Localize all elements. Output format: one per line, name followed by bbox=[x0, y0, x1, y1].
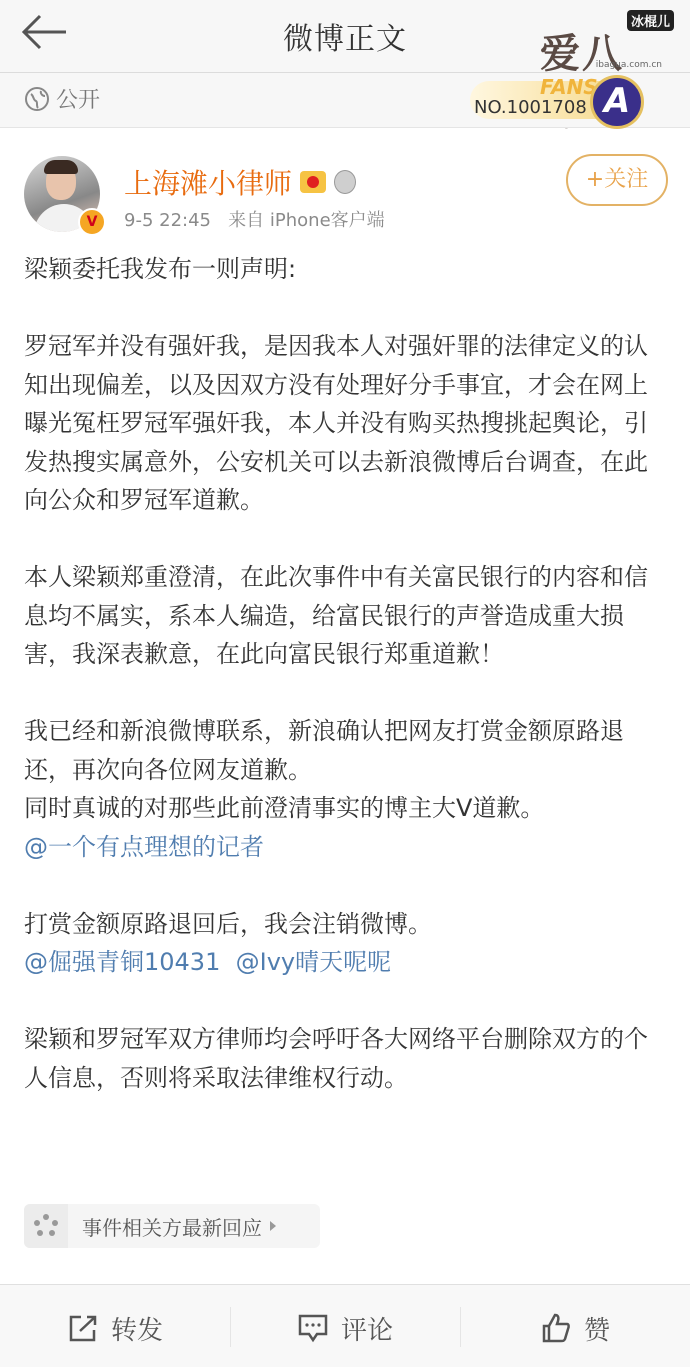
watermark-url: ibagua.com.cn bbox=[596, 60, 662, 70]
topic-dots-icon bbox=[24, 1204, 68, 1248]
post-paragraph-4: 打赏金额原路退回后，我会注销微博。 bbox=[24, 905, 666, 944]
avatar-hair bbox=[44, 160, 78, 174]
chevron-right-icon bbox=[270, 1221, 276, 1231]
post-paragraph-2: 本人梁颖郑重澄清，在此次事件中有关富民银行的内容和信息均不属实，系本人编造，给富… bbox=[24, 558, 666, 674]
post-time: 9-5 22:45 bbox=[124, 210, 211, 231]
action-toolbar: 转发 评论 赞 bbox=[0, 1284, 690, 1367]
post-paragraph-3b: 同时真诚的对那些此前澄清事实的博主大V道歉。 bbox=[24, 789, 666, 828]
post-paragraph-3a: 我已经和新浪微博联系，新浪确认把网友打赏金额原路退还，再次向各位网友道歉。 bbox=[24, 712, 666, 789]
watermark-tag: 冰棍儿 bbox=[627, 10, 674, 31]
post-body: 梁颖委托我发布一则声明: 罗冠军并没有强奸我，是因我本人对强奸罪的法律定义的认知… bbox=[24, 250, 666, 1097]
related-topic-card[interactable]: 事件相关方最新回应 bbox=[24, 1204, 320, 1248]
post-meta: 9-5 22:45 来自 iPhone客户端 bbox=[124, 206, 385, 232]
visibility-status: 公开 bbox=[24, 83, 100, 114]
thumbs-up-icon bbox=[540, 1312, 572, 1344]
repost-icon bbox=[67, 1313, 99, 1343]
username-row: 上海滩小律师 bbox=[124, 162, 356, 202]
watermark-logo: 爱八卦 冰棍儿 ibagua.com.cn bbox=[540, 6, 680, 66]
repost-button[interactable]: 转发 bbox=[0, 1285, 230, 1367]
fans-word: FANS bbox=[540, 75, 598, 99]
post-intro: 梁颖委托我发布一则声明: bbox=[24, 250, 666, 289]
comment-icon bbox=[297, 1312, 329, 1344]
verified-badge-icon: V bbox=[78, 208, 106, 236]
visibility-bar: 公开 FANS NO.1001708 A bbox=[0, 73, 690, 128]
medal-icon bbox=[334, 170, 356, 194]
follow-button[interactable]: +关注 bbox=[566, 154, 668, 206]
avengers-emblem-icon: A bbox=[590, 75, 644, 129]
fans-badge[interactable]: FANS NO.1001708 A bbox=[470, 73, 645, 125]
navbar: 微博正文 爱八卦 冰棍儿 ibagua.com.cn bbox=[0, 0, 690, 73]
mention-link[interactable]: @Ivy晴天呢呢 bbox=[236, 948, 391, 976]
mention-line-2: @倔强青铜10431 @Ivy晴天呢呢 bbox=[24, 943, 666, 982]
repost-label: 转发 bbox=[111, 1310, 163, 1347]
globe-icon bbox=[24, 86, 50, 112]
comment-label: 评论 bbox=[341, 1310, 393, 1347]
mention-link[interactable]: @一个有点理想的记者 bbox=[24, 833, 264, 861]
comment-button[interactable]: 评论 bbox=[230, 1285, 460, 1367]
post-source: 来自 iPhone客户端 bbox=[228, 210, 384, 231]
username[interactable]: 上海滩小律师 bbox=[124, 162, 292, 202]
mention-link[interactable]: @倔强青铜10431 bbox=[24, 948, 220, 976]
visibility-label: 公开 bbox=[56, 83, 100, 114]
post-paragraph-1: 罗冠军并没有强奸我，是因我本人对强奸罪的法律定义的认知出现偏差，以及因双方没有处… bbox=[24, 327, 666, 520]
crown-icon bbox=[300, 171, 326, 193]
topic-label: 事件相关方最新回应 bbox=[82, 1212, 262, 1241]
post-header: V 上海滩小律师 9-5 22:45 来自 iPhone客户端 +关注 bbox=[0, 128, 690, 238]
like-button[interactable]: 赞 bbox=[460, 1285, 690, 1367]
like-label: 赞 bbox=[584, 1310, 610, 1347]
post-paragraph-5: 梁颖和罗冠军双方律师均会呼吁各大网络平台删除双方的个人信息，否则将采取法律维权行… bbox=[24, 1020, 666, 1097]
fans-number: NO.1001708 bbox=[474, 97, 587, 118]
mention-line-1: @一个有点理想的记者 bbox=[24, 828, 666, 867]
